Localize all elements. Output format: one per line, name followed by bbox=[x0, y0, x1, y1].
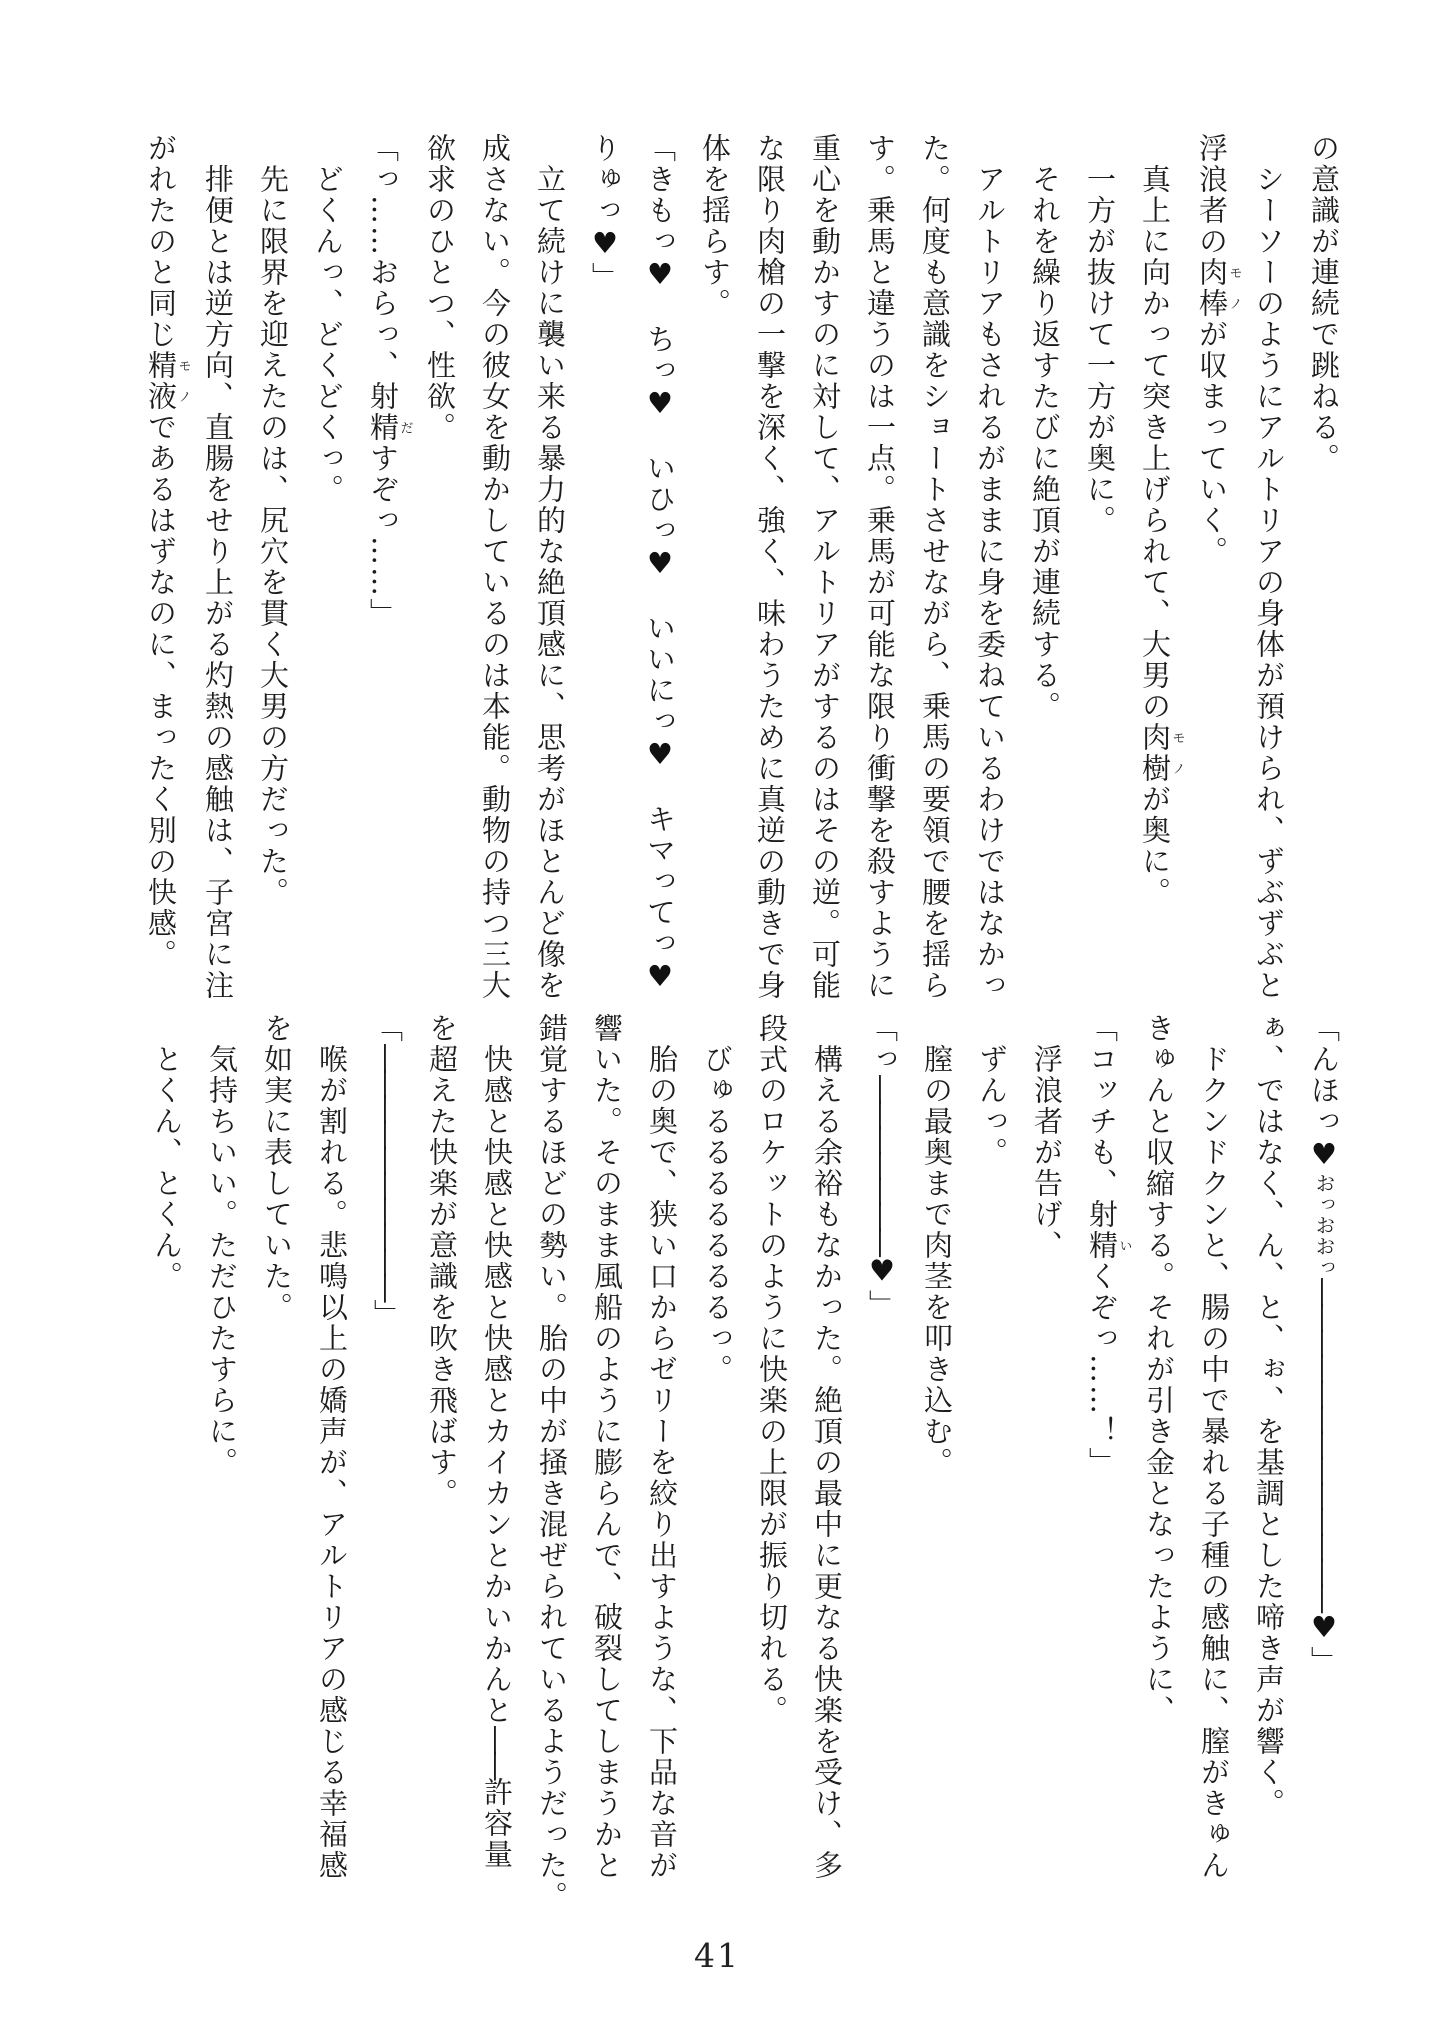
text-line: 浮浪者の肉棒モノが収まっていく。 bbox=[1184, 133, 1241, 1017]
text-line: どくんっ、どくどくっ。 bbox=[300, 133, 355, 1017]
text-line: の意識が連続で跳ねる。 bbox=[1296, 133, 1351, 1017]
ruby-annotated-word: 精液モノ bbox=[144, 350, 178, 412]
heart-icon: ♥ bbox=[588, 226, 622, 262]
heart-icon: ♥ bbox=[643, 546, 677, 582]
text-line: を如実に表していた。 bbox=[249, 1013, 304, 1953]
text-line: た。何度も意識をショートさせながら、乗馬の要領で腰を揺ら bbox=[907, 133, 962, 1017]
long-dash: ―――――――――― bbox=[370, 1044, 404, 1299]
text-line: びゅるるるるるるるっ。 bbox=[689, 1013, 744, 1953]
text-line: ドクンドクンと、腸の中で暴れる子種の感触に、膣がきゅん bbox=[1186, 1013, 1241, 1953]
text-line: 錯覚するほどの勢い。胎の中が掻き混ぜられているようだった。 bbox=[524, 1013, 579, 1953]
text-line: 快感と快感と快感と快感とカイカンとかいかんと――許容量 bbox=[469, 1013, 524, 1953]
novel-page: の意識が連続で跳ねる。シーソーのようにアルトリアの身体が預けられ、ずぶずぶと浮浪… bbox=[0, 0, 1434, 2025]
text-tier-lower: 「んほっ♥おっおおっ―――――――――――――♥」ぁ、ではなく、ん、と、ぉ、を基… bbox=[139, 1013, 1351, 1953]
text-line: 気持ちいい。ただひたすらに。 bbox=[194, 1013, 249, 1953]
text-line: 「んほっ♥おっおおっ―――――――――――――♥」 bbox=[1296, 1013, 1351, 1953]
heart-icon: ♥ bbox=[643, 737, 677, 773]
text-line: それを繰り返すたびに絶頂が連続する。 bbox=[1017, 133, 1072, 1017]
text-line: 構える余裕もなかった。絶頂の最中に更なる快楽を受け、多 bbox=[799, 1013, 854, 1953]
text-line: アルトリアもされるがままに身を委ねているわけではなかっ bbox=[962, 133, 1017, 1017]
text-line: 「きもっ♥ ちっ♥ いひっ♥ いいにっ♥ キマってっ♥ bbox=[632, 133, 687, 1017]
ruby-annotated-word: 肉樹モノ bbox=[1138, 722, 1172, 784]
text-line: 胎の奥で、狭い口からゼリーを絞り出すような、下品な音が bbox=[634, 1013, 689, 1953]
text-line: 膣の最奥まで肉茎を叩き込む。 bbox=[909, 1013, 964, 1953]
ruby-annotated-word: 精だ bbox=[366, 412, 400, 443]
text-line: 一方が抜けて一方が奥に。 bbox=[1072, 133, 1127, 1017]
text-line: ぁ、ではなく、ん、と、ぉ、を基調とした啼き声が響く。 bbox=[1241, 1013, 1296, 1953]
text-line: 「っ―――――――♥」 bbox=[854, 1013, 909, 1953]
text-line: 体を揺らす。 bbox=[687, 133, 742, 1017]
text-line: 排便とは逆方向、直腸をせり上がる灼熱の感触は、子宮に注 bbox=[190, 133, 245, 1017]
text-line: 「コッチも、射精いくぞっ……！」 bbox=[1074, 1013, 1131, 1953]
heart-icon: ♥ bbox=[643, 386, 677, 422]
text-line: な限り肉槍の一撃を深く、強く、味わうために真逆の動きで身 bbox=[742, 133, 797, 1017]
text-line: 「っ……おらっ、射精だすぞっ……」 bbox=[355, 133, 412, 1017]
long-dash: ――――――――――――― bbox=[1307, 1278, 1341, 1610]
text-line: 段式のロケットのように快楽の上限が振り切れる。 bbox=[744, 1013, 799, 1953]
text-line: シーソーのようにアルトリアの身体が預けられ、ずぶずぶと bbox=[1241, 133, 1296, 1017]
text-line: 成さない。今の彼女を動かしているのは本能。動物の持つ三大 bbox=[467, 133, 522, 1017]
long-dash: ――――――― bbox=[865, 1075, 899, 1254]
heart-icon: ♥ bbox=[865, 1254, 899, 1290]
text-line: 浮浪者が告げ、 bbox=[1019, 1013, 1074, 1953]
long-dash: ―― bbox=[480, 1726, 514, 1777]
ruby-annotated-word: 肉棒モノ bbox=[1195, 257, 1229, 319]
text-line: きゅんと収縮する。それが引き金となったように、 bbox=[1131, 1013, 1186, 1953]
text-line: を超えた快楽が意識を吹き飛ばす。 bbox=[414, 1013, 469, 1953]
text-line: とくん、とくん。 bbox=[139, 1013, 194, 1953]
ruby-annotated-word: 精い bbox=[1085, 1230, 1119, 1261]
text-line: 響いた。そのまま風船のように膨らんで、破裂してしまうかと bbox=[579, 1013, 634, 1953]
text-line: 重心を動かすのに対して、アルトリアがするのはその逆。可能 bbox=[797, 133, 852, 1017]
heart-icon: ♥ bbox=[1307, 1610, 1341, 1646]
text-line: 真上に向かって突き上げられて、大男の肉樹モノが奥に。 bbox=[1127, 133, 1184, 1017]
heart-icon: ♥ bbox=[1307, 1137, 1341, 1173]
text-line: 先に限界を迎えたのは、尻穴を貫く大男の方だった。 bbox=[245, 133, 300, 1017]
heart-icon: ♥ bbox=[643, 959, 677, 995]
text-line: 「――――――――――」 bbox=[359, 1013, 414, 1953]
text-line: 立て続けに襲い来る暴力的な絶頂感に、思考がほとんど像を bbox=[522, 133, 577, 1017]
text-line: 喉が割れる。悲鳴以上の嬌声が、アルトリアの感じる幸福感 bbox=[304, 1013, 359, 1953]
text-line: す。乗馬と違うのは一点。乗馬が可能な限り衝撃を殺すように bbox=[852, 133, 907, 1017]
small-voice-text: おっおおっ bbox=[1312, 1173, 1336, 1278]
heart-icon: ♥ bbox=[643, 257, 677, 293]
page-number: 41 bbox=[0, 1936, 1434, 1975]
text-line: 欲求のひとつ、性欲。 bbox=[412, 133, 467, 1017]
text-line: りゅっ♥」 bbox=[577, 133, 632, 1017]
text-line: がれたのと同じ精液モノであるはずなのに、まったく別の快感。 bbox=[133, 133, 190, 1017]
text-tier-upper: の意識が連続で跳ねる。シーソーのようにアルトリアの身体が預けられ、ずぶずぶと浮浪… bbox=[133, 133, 1351, 1017]
text-line: ずんっ。 bbox=[964, 1013, 1019, 1953]
